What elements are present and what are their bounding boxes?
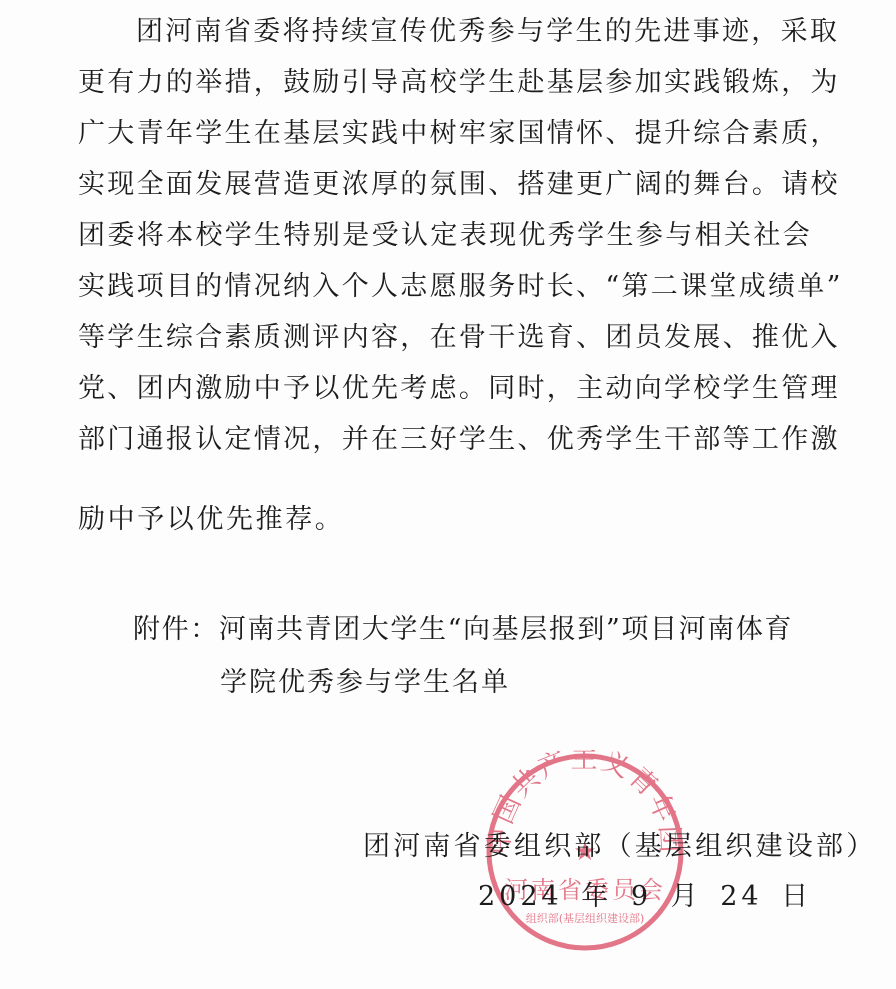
signature-organization: 团河南省委组织部（基层组织建设部） — [363, 830, 876, 864]
document-page: 团河南省委将持续宣传优秀参与学生的先进事迹，采取 更有力的举措，鼓励引导高校学生… — [0, 0, 896, 989]
attachment-label: 附件： — [133, 614, 219, 645]
attachment-title-part-1: 河南共青团大学生“向基层报到”项目河南体育 — [219, 614, 793, 645]
paragraph-line-9: 部门通报认定情况，并在三好学生、优秀学生干部等工作激 — [78, 423, 812, 457]
paragraph-line-7: 等学生综合素质测评内容，在骨干选育、团员发展、推优入 — [78, 321, 812, 355]
paragraph-line-2: 更有力的举措，鼓励引导高校学生赴基层参加实践锻炼，为 — [78, 66, 812, 100]
attachment-line-2: 学院优秀参与学生名单 — [220, 666, 510, 700]
paragraph-line-4: 实现全面发展营造更浓厚的氛围、搭建更广阔的舞台。请校 — [78, 168, 812, 202]
paragraph-line-3: 广大青年学生在基层实践中树牢家国情怀、提升综合素质， — [78, 117, 812, 151]
paragraph-line-1: 团河南省委将持续宣传优秀参与学生的先进事迹，采取 — [136, 15, 812, 49]
paragraph-line-5: 团委将本校学生特别是受认定表现优秀学生参与相关社会 — [78, 219, 812, 253]
paragraph-line-10: 励中予以优先推荐。 — [78, 503, 812, 537]
paragraph-line-8: 党、团内激励中予以优先考虑。同时，主动向学校学生管理 — [78, 372, 812, 406]
paragraph-line-6: 实践项目的情况纳入个人志愿服务时长、“第二课堂成绩单” — [78, 270, 812, 304]
document-date: 2024 年 9 月 24 日 — [478, 880, 812, 914]
attachment-line-1: 附件：河南共青团大学生“向基层报到”项目河南体育 — [133, 613, 793, 647]
